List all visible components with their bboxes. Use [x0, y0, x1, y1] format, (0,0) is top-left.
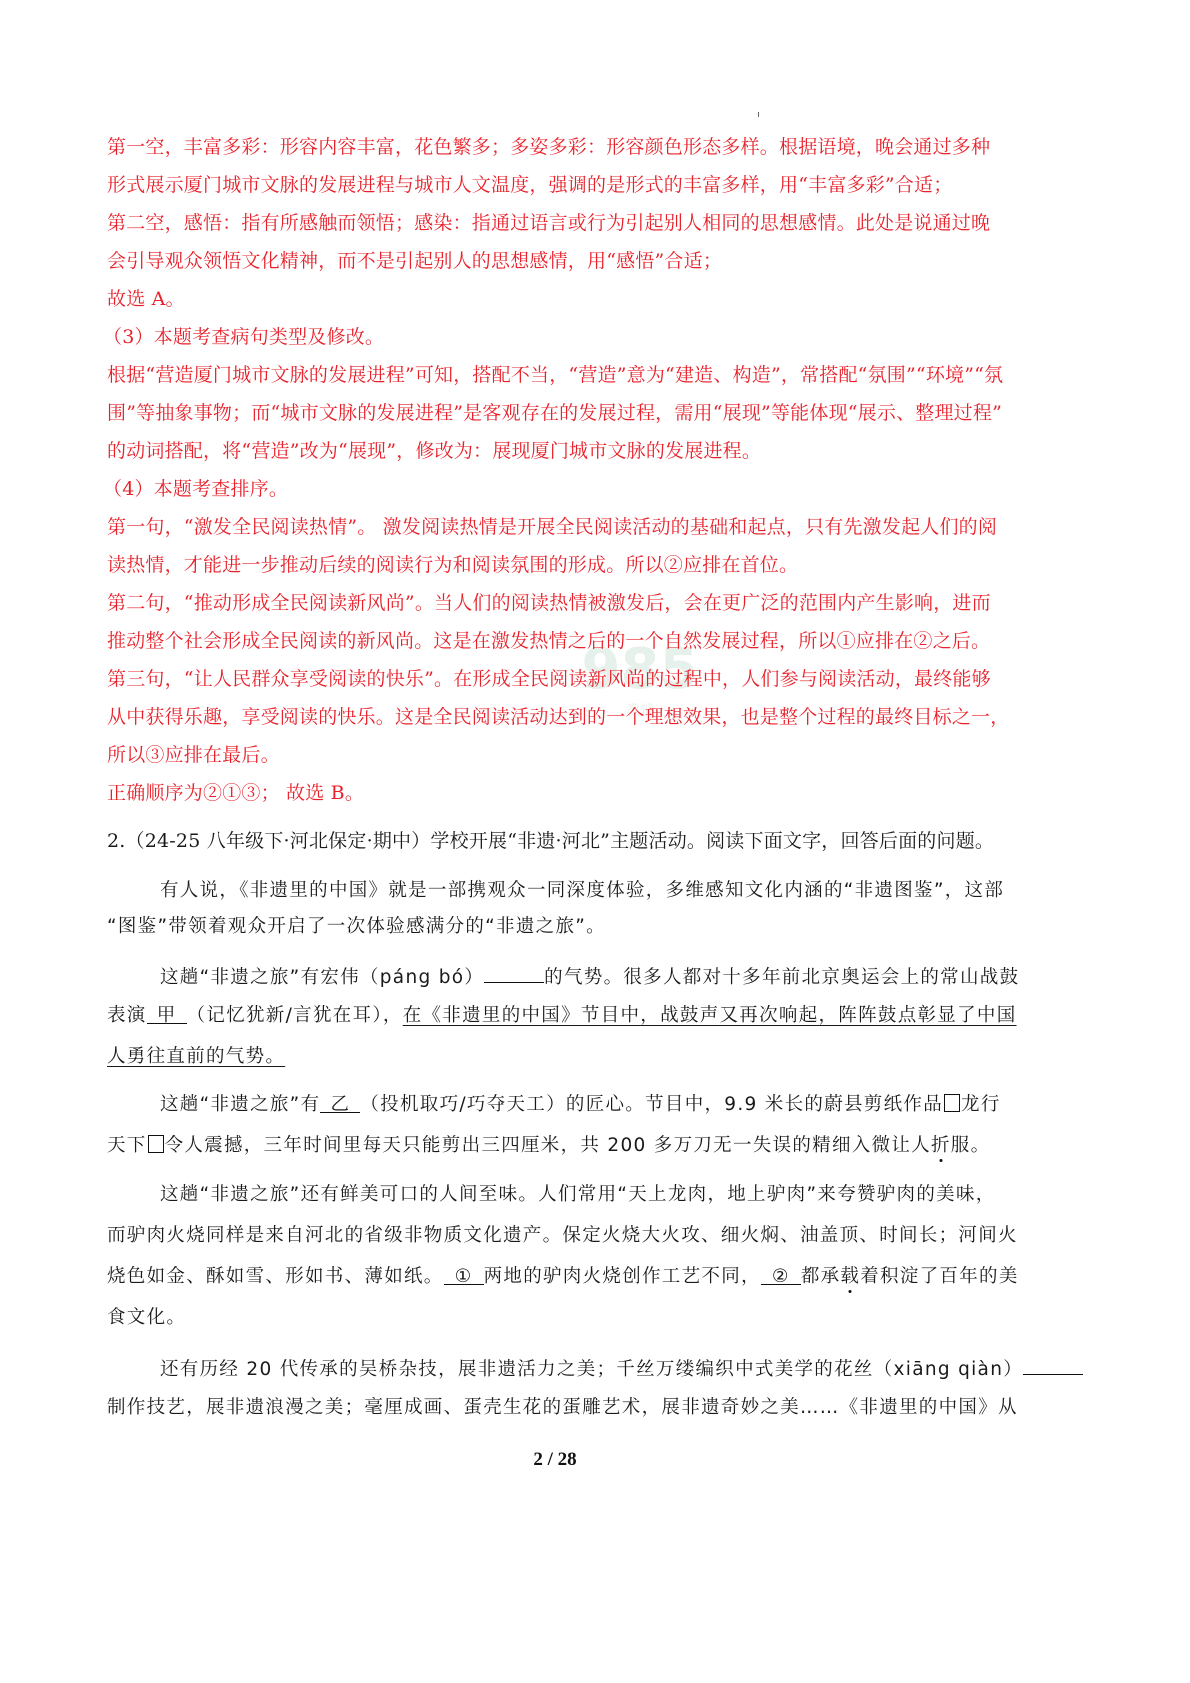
answer-line: 第一句，“激发全民阅读热情”。 激发阅读热情是开展全民阅读活动的基础和起点，只有… — [107, 514, 1007, 540]
answer-line: 推动整个社会形成全民阅读的新风尚。这是在激发热情之后的一个自然发展过程，所以①应… — [107, 628, 1007, 654]
passage-line: 这趟“非遗之旅”有乙（投机取巧/巧夺天工）的匠心。节目中，9.9 米长的蔚县剪纸… — [160, 1092, 1060, 1118]
sub-question-heading: （4）本题考查排序。 — [103, 476, 1003, 502]
page-mark — [758, 112, 759, 117]
answer-choice: 故选 A。 — [107, 286, 1007, 312]
page-number: 2 / 28 — [0, 1449, 1110, 1471]
passage-line: 表演甲（记忆犹新/言犹在耳），在《非遗里的中国》节目中，战鼓声又再次响起，阵阵鼓… — [107, 1003, 1007, 1029]
passage-text: 这趟“非遗之旅”有 — [160, 1094, 320, 1115]
passage-text: （记忆犹新/言犹在耳）， — [187, 1005, 403, 1026]
passage-text: 还有历经 20 代传承的吴桥杂技，展非遗活力之美；千丝万缕编织中式美学的花丝（x… — [160, 1359, 1023, 1380]
passage-text: 烧色如金、酥如雪、形如书、薄如纸。 — [107, 1266, 444, 1287]
answer-line: 读热情，才能进一步推动后续的阅读行为和阅读氛围的形成。所以②应排在首位。 — [107, 552, 1007, 578]
answer-line: 从中获得乐趣，享受阅读的快乐。这是全民阅读活动达到的一个理想效果，也是整个过程的… — [107, 704, 1007, 730]
punctuation-box[interactable] — [148, 1135, 164, 1153]
passage-line: 还有历经 20 代传承的吴桥杂技，展非遗活力之美；千丝万缕编织中式美学的花丝（x… — [160, 1354, 1060, 1383]
blank-2[interactable]: ② — [761, 1264, 801, 1285]
passage-line: 食文化。 — [107, 1305, 1007, 1331]
passage-text: 服。 — [951, 1135, 991, 1156]
passage-text: 的气势。很多人都对十多年前北京奥运会上的常山战鼓 — [544, 967, 1019, 988]
punctuation-box[interactable] — [944, 1094, 960, 1112]
answer-line: 第二句，“推动形成全民阅读新风尚”。当人们的阅读热情被激发后，会在更广泛的范围内… — [107, 590, 1007, 616]
passage-line: 这趟“非遗之旅”有宏伟（páng bó）的气势。很多人都对十多年前北京奥运会上的… — [160, 962, 1060, 991]
answer-line: 围”等抽象事物；而“城市文脉的发展进程”是客观存在的发展过程，需用“展现”等能体… — [107, 400, 1007, 426]
blank-xiangqian[interactable] — [1023, 1354, 1083, 1375]
passage-line: 天下令人震撼，三年时间里每天只能剪出三四厘米，共 200 多万刀无一失误的精细入… — [107, 1133, 1007, 1159]
passage-text: （投机取巧/巧夺天工）的匠心。节目中，9.9 米长的蔚县剪纸作品 — [360, 1094, 943, 1115]
answer-choice: 正确顺序为②①③； 故选 B。 — [107, 780, 1007, 806]
dotted-character: 折 — [931, 1135, 951, 1156]
blank-1[interactable]: ① — [444, 1264, 484, 1285]
passage-text: 龙行 — [961, 1094, 1001, 1115]
passage-text: 天下 — [107, 1135, 147, 1156]
passage-line: 制作技艺，展非遗浪漫之美；毫厘成画、蛋壳生花的蛋雕艺术，展非遗奇妙之美……《非遗… — [107, 1395, 1007, 1421]
passage-line: “图鉴”带领着观众开启了一次体验感满分的“非遗之旅”。 — [107, 914, 1007, 940]
passage-text: 着积淀了百年的美 — [860, 1266, 1018, 1287]
passage-text: 两地的驴肉火烧创作工艺不同， — [484, 1266, 761, 1287]
passage-line: 烧色如金、酥如雪、形如书、薄如纸。①两地的驴肉火烧创作工艺不同，②都承载着积淀了… — [107, 1264, 1007, 1290]
passage-line: 而驴肉火烧同样是来自河北的省级非物质文化遗产。保定火烧大火攻、细火焖、油盖顶、时… — [107, 1223, 1007, 1249]
passage-text: 这趟“非遗之旅”有宏伟（páng bó） — [160, 967, 484, 988]
answer-line: 所以③应排在最后。 — [107, 742, 1007, 768]
underlined-sentence: 在《非遗里的中国》节目中，战鼓声又再次响起，阵阵鼓点彰显了中国 — [403, 1005, 1017, 1026]
blank-jia[interactable]: 甲 — [147, 1003, 187, 1024]
document-page: 985 教辅 第一空，丰富多彩：形容内容丰富，花色繁多；多姿多彩：形容颜色形态多… — [0, 0, 1190, 1683]
answer-line: 第一空，丰富多彩：形容内容丰富，花色繁多；多姿多彩：形容颜色形态多样。根据语境，… — [107, 134, 1007, 160]
answer-line: 会引导观众领悟文化精神，而不是引起别人的思想感情，用“感悟”合适； — [107, 248, 1007, 274]
passage-line: 人勇往直前的气势。 — [107, 1044, 1007, 1070]
passage-text: 表演 — [107, 1005, 147, 1026]
sub-question-heading: （3）本题考查病句类型及修改。 — [103, 324, 1003, 350]
answer-line: 形式展示厦门城市文脉的发展进程与城市人文温度，强调的是形式的丰富多样，用“丰富多… — [107, 172, 1007, 198]
answer-line: 第三句，“让人民群众享受阅读的快乐”。在形成全民阅读新风尚的过程中，人们参与阅读… — [107, 666, 1007, 692]
passage-text: 令人震撼，三年时间里每天只能剪出三四厘米，共 200 多万刀无一失误的精细入微让… — [165, 1135, 931, 1156]
dotted-character: 载 — [840, 1266, 860, 1287]
passage-line: 这趟“非遗之旅”还有鲜美可口的人间至味。人们常用“天上龙肉，地上驴肉”来夸赞驴肉… — [160, 1182, 1060, 1208]
answer-line: 根据“营造厦门城市文脉的发展进程”可知，搭配不当，“营造”意为“建造、构造”，常… — [107, 362, 1007, 388]
blank-pangbo[interactable] — [484, 962, 544, 983]
answer-line: 的动词搭配，将“营造”改为“展现”，修改为：展现厦门城市文脉的发展进程。 — [107, 438, 1007, 464]
passage-line: 有人说，《非遗里的中国》就是一部携观众一同深度体验，多维感知文化内涵的“非遗图鉴… — [160, 878, 1060, 904]
question-header: 2.（24-25 八年级下·河北保定·期中）学校开展“非遗·河北”主题活动。阅读… — [107, 828, 1007, 854]
underlined-sentence: 人勇往直前的气势。 — [107, 1046, 285, 1067]
passage-text: 都承 — [801, 1266, 841, 1287]
answer-line: 第二空，感悟：指有所感触而领悟；感染：指通过语言或行为引起别人相同的思想感情。此… — [107, 210, 1007, 236]
blank-yi[interactable]: 乙 — [320, 1092, 360, 1113]
